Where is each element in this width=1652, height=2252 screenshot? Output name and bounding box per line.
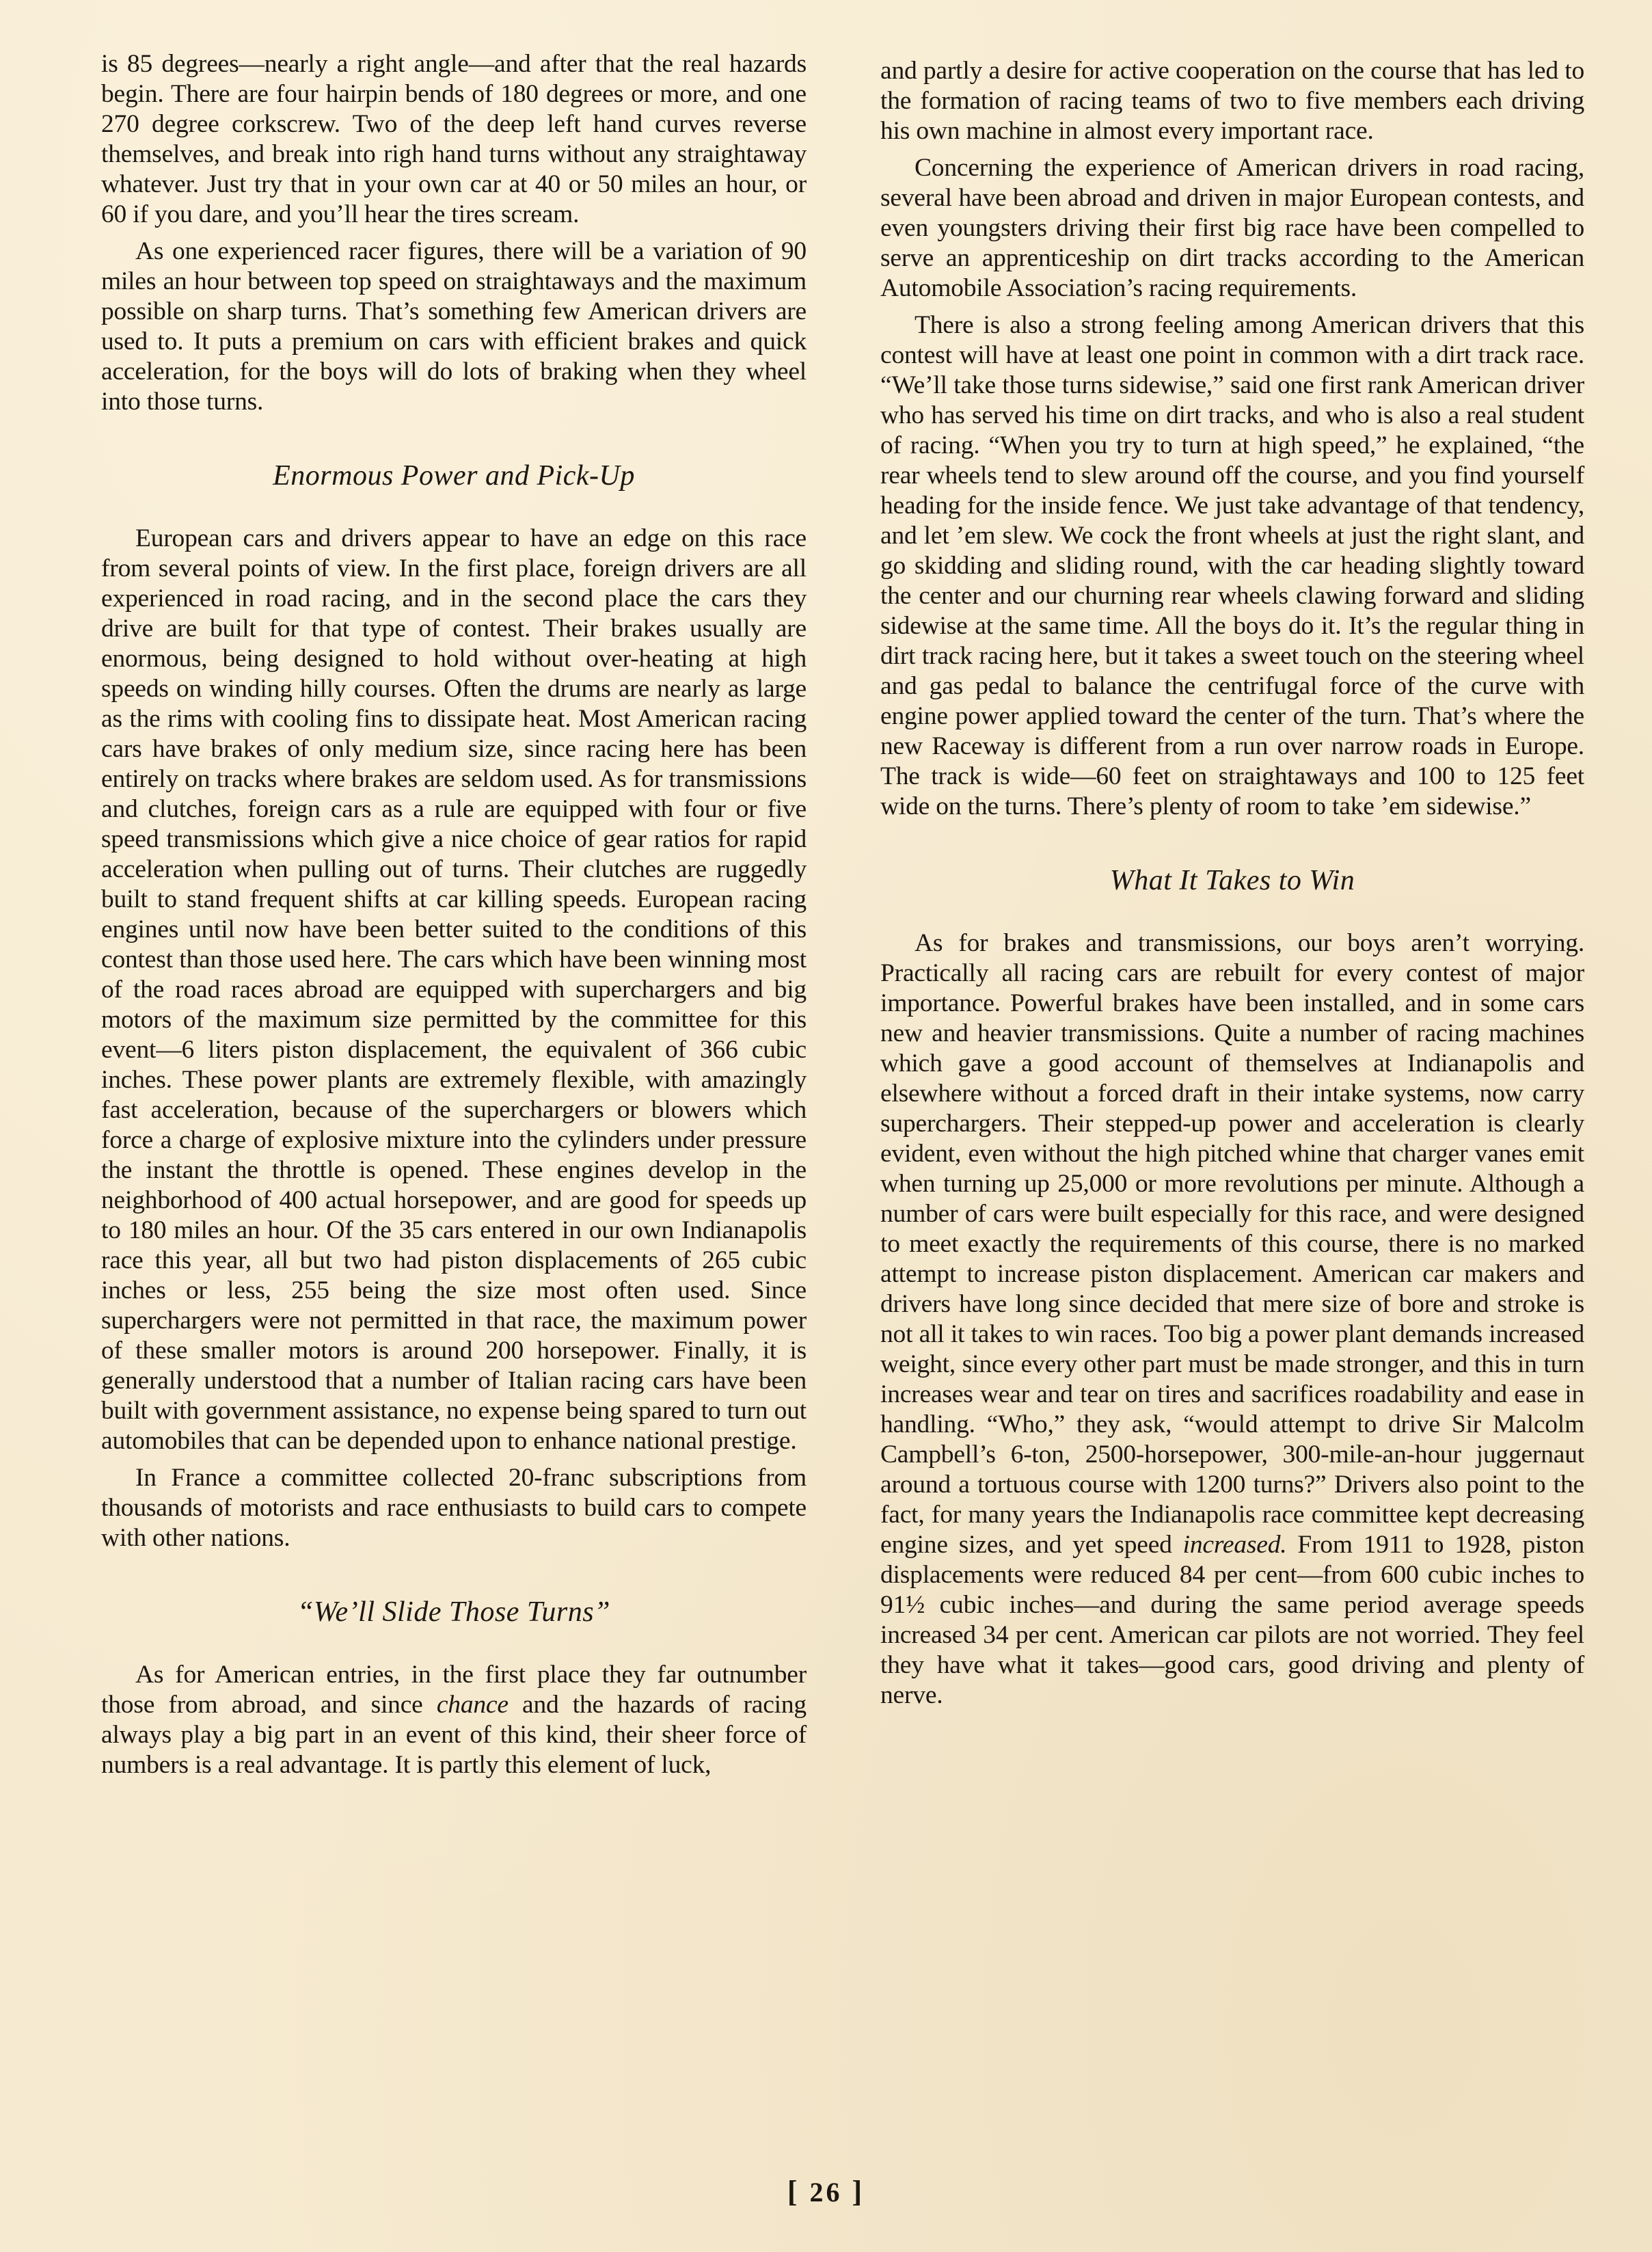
text-run: As for brakes and transmissions, our boy… bbox=[880, 929, 1584, 1559]
paragraph: European cars and drivers appear to have… bbox=[101, 524, 807, 1456]
section-heading: What It Takes to Win bbox=[880, 863, 1584, 898]
paragraph: There is also a strong feeling among Ame… bbox=[880, 310, 1584, 822]
left-column: is 85 degrees—nearly a right angle—and a… bbox=[101, 49, 807, 1787]
emphasized-text: increased. bbox=[1183, 1531, 1287, 1559]
paragraph: As for brakes and transmissions, our boy… bbox=[880, 928, 1584, 1711]
emphasized-text: chance bbox=[437, 1691, 509, 1719]
page-number-value: 26 bbox=[810, 2177, 843, 2208]
paragraph: and partly a desire for active cooperati… bbox=[880, 56, 1584, 146]
right-column: and partly a desire for active cooperati… bbox=[880, 56, 1584, 1717]
page-number: [ 26 ] bbox=[0, 2174, 1652, 2209]
bracket-open: [ bbox=[787, 2175, 800, 2208]
paragraph: As for American entries, in the first pl… bbox=[101, 1660, 807, 1780]
paragraph: is 85 degrees—nearly a right angle—and a… bbox=[101, 49, 807, 230]
paragraph: Concerning the experience of American dr… bbox=[880, 153, 1584, 304]
paragraph: As one experienced racer figures, there … bbox=[101, 237, 807, 417]
paragraph: In France a committee collected 20-franc… bbox=[101, 1463, 807, 1553]
section-heading: Enormous Power and Pick-Up bbox=[101, 458, 807, 494]
section-heading: “We’ll Slide Those Turns” bbox=[101, 1594, 807, 1630]
bracket-close: ] bbox=[852, 2175, 865, 2208]
